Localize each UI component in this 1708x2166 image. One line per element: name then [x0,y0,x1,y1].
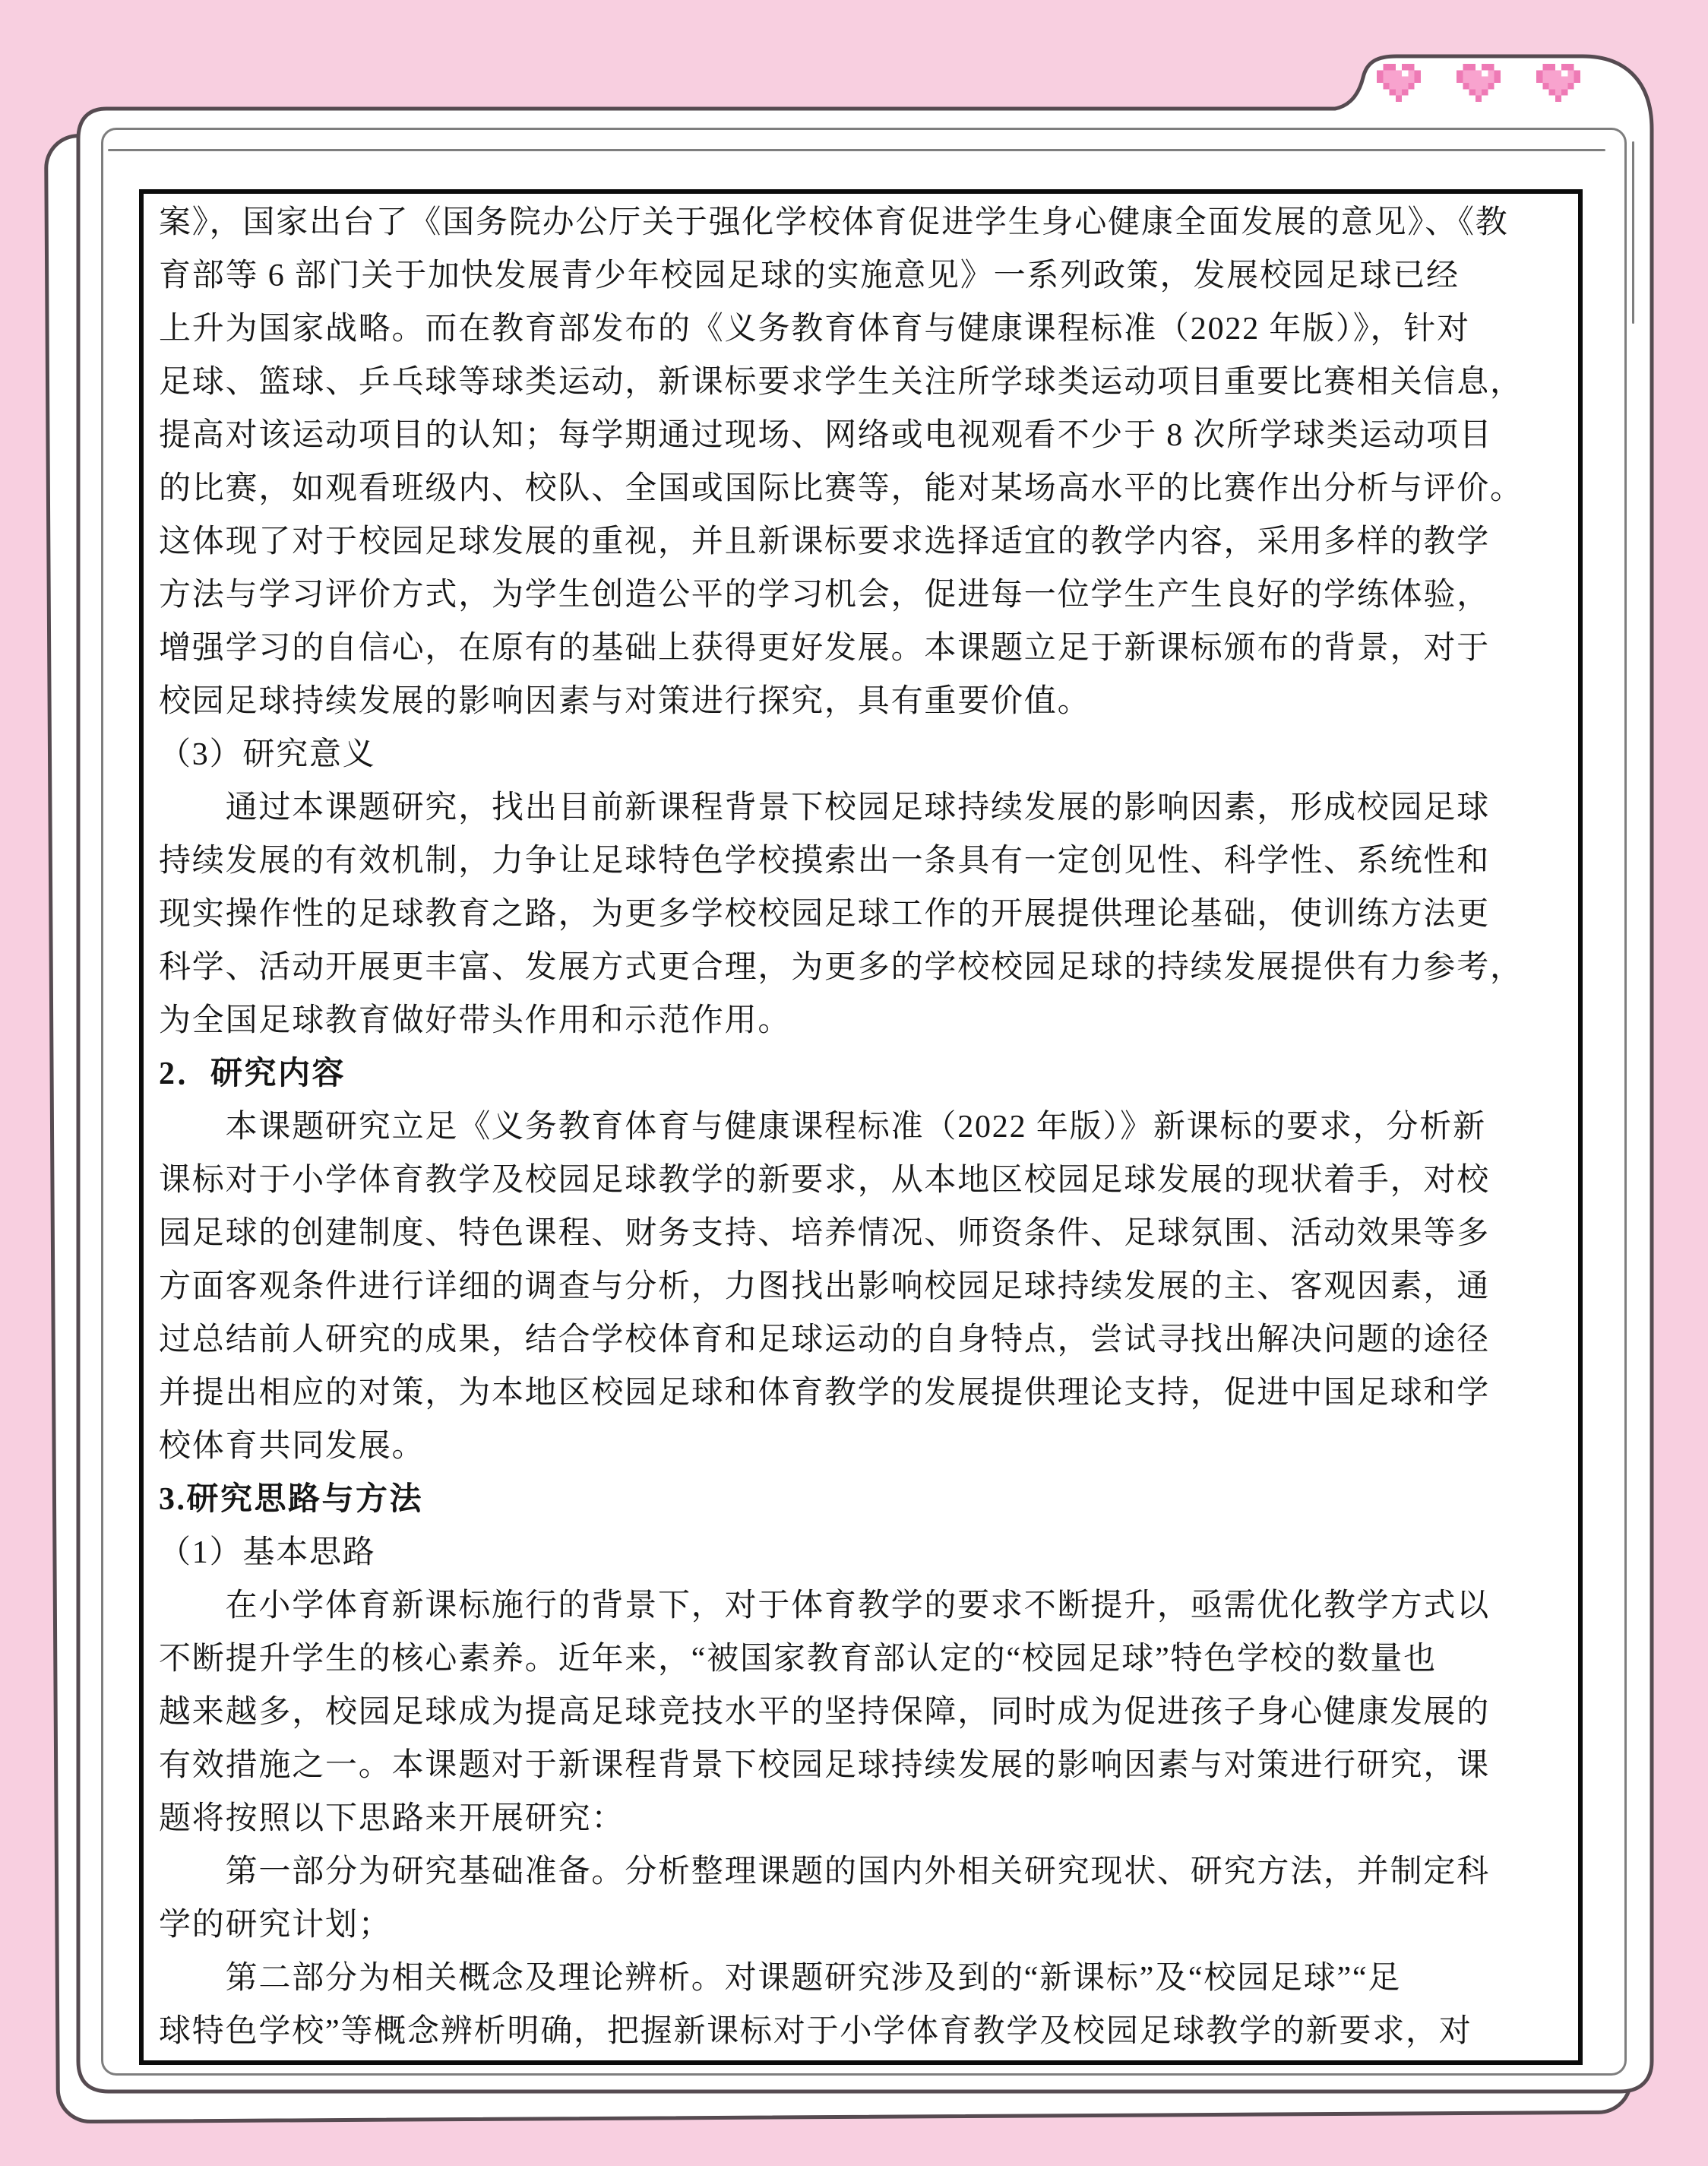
text-line: （3）研究意义 [159,728,1563,781]
text-line: 有效措施之一。本课题对于新课程背景下校园足球持续发展的影响因素与对策进行研究，课 [159,1739,1563,1792]
text-line: 不断提升学生的核心素养。近年来，“被国家教育部认定的“校园足球”特色学校的数量也 [159,1632,1563,1686]
frame-accent-right-line [1632,141,1634,324]
text-line: 现实操作性的足球教育之路，为更多学校校园足球工作的开展提供理论基础，使训练方法更 [159,888,1563,941]
text-line: 方面客观条件进行详细的调查与分析，力图找出影响校园足球持续发展的主、客观因素，通 [159,1260,1563,1313]
text-line: 课标对于小学体育教学及校园足球教学的新要求，从本地区校园足球发展的现状着手，对校 [159,1154,1563,1207]
heart-icon [1536,64,1580,102]
text-line: 上升为国家战略。而在教育部发布的《义务教育体育与健康课程标准（2022 年版）》… [159,302,1563,356]
text-lines: 案》，国家出台了《国务院办公厅关于强化学校体育促进学生身心健康全面发展的意见》、… [159,196,1563,2058]
text-line: 方法与学习评价方式，为学生创造公平的学习机会，促进每一位学生产生良好的学练体验， [159,568,1563,622]
text-line: 校体育共同发展。 [159,1420,1563,1473]
text-line: 第一部分为研究基础准备。分析整理课题的国内外相关研究现状、研究方法，并制定科 [159,1845,1563,1898]
text-line: 提高对该运动项目的认知；每学期通过现场、网络或电视观看不少于 8 次所学球类运动… [159,409,1563,462]
text-line: 本课题研究立足《义务教育体育与健康课程标准（2022 年版）》新课标的要求，分析… [159,1100,1563,1154]
text-line: 案》，国家出台了《国务院办公厅关于强化学校体育促进学生身心健康全面发展的意见》、… [159,196,1563,249]
text-line: 越来越多，校园足球成为提高足球竞技水平的坚持保障，同时成为促进孩子身心健康发展的 [159,1686,1563,1739]
text-line: （1）基本思路 [159,1526,1563,1579]
text-line: 这体现了对于校园足球发展的重视，并且新课标要求选择适宜的教学内容，采用多样的教学 [159,515,1563,568]
text-line: 通过本课题研究，找出目前新课程背景下校园足球持续发展的影响因素，形成校园足球 [159,781,1563,834]
text-line: 的比赛，如观看班级内、校队、全国或国际比赛等，能对某场高水平的比赛作出分析与评价… [159,462,1563,515]
document-text-box: 案》，国家出台了《国务院办公厅关于强化学校体育促进学生身心健康全面发展的意见》、… [139,189,1583,2065]
text-line: 学的研究计划； [159,1898,1563,1952]
text-line: 增强学习的自信心，在原有的基础上获得更好发展。本课题立足于新课标颁布的背景，对于 [159,622,1563,675]
text-line: 并提出相应的对策，为本地区校园足球和体育教学的发展提供理论支持，促进中国足球和学 [159,1366,1563,1420]
hearts-tab [1377,64,1580,102]
heart-icon [1457,64,1501,102]
text-line: 3.研究思路与方法 [159,1473,1563,1526]
text-line: 育部等 6 部门关于加快发展青少年校园足球的实施意见》一系列政策，发展校园足球已… [159,249,1563,302]
text-line: 过总结前人研究的成果，结合学校体育和足球运动的自身特点，尝试寻找出解决问题的途径 [159,1313,1563,1366]
text-line: 球特色学校”等概念辨析明确，把握新课标对于小学体育教学及校园足球教学的新要求，对 [159,2005,1563,2058]
heart-icon [1377,64,1421,102]
text-line: 为全国足球教育做好带头作用和示范作用。 [159,994,1563,1047]
text-line: 科学、活动开展更丰富、发展方式更合理，为更多的学校校园足球的持续发展提供有力参考… [159,941,1563,994]
text-line: 在小学体育新课标施行的背景下，对于体育教学的要求不断提升，亟需优化教学方式以 [159,1579,1563,1632]
text-line: 园足球的创建制度、特色课程、财务支持、培养情况、师资条件、足球氛围、活动效果等多 [159,1207,1563,1260]
text-line: 第二部分为相关概念及理论辨析。对课题研究涉及到的“新课标”及“校园足球”“足 [159,1952,1563,2005]
text-line: 校园足球持续发展的影响因素与对策进行探究，具有重要价值。 [159,675,1563,728]
text-line: 题将按照以下思路来开展研究： [159,1792,1563,1845]
page-background: 案》，国家出台了《国务院办公厅关于强化学校体育促进学生身心健康全面发展的意见》、… [0,0,1708,2166]
frame-accent-top-line [108,149,1605,151]
text-line: 持续发展的有效机制，力争让足球特色学校摸索出一条具有一定创见性、科学性、系统性和 [159,834,1563,888]
text-line: 足球、篮球、乒乓球等球类运动，新课标要求学生关注所学球类运动项目重要比赛相关信息… [159,356,1563,409]
text-line: 2．研究内容 [159,1047,1563,1100]
